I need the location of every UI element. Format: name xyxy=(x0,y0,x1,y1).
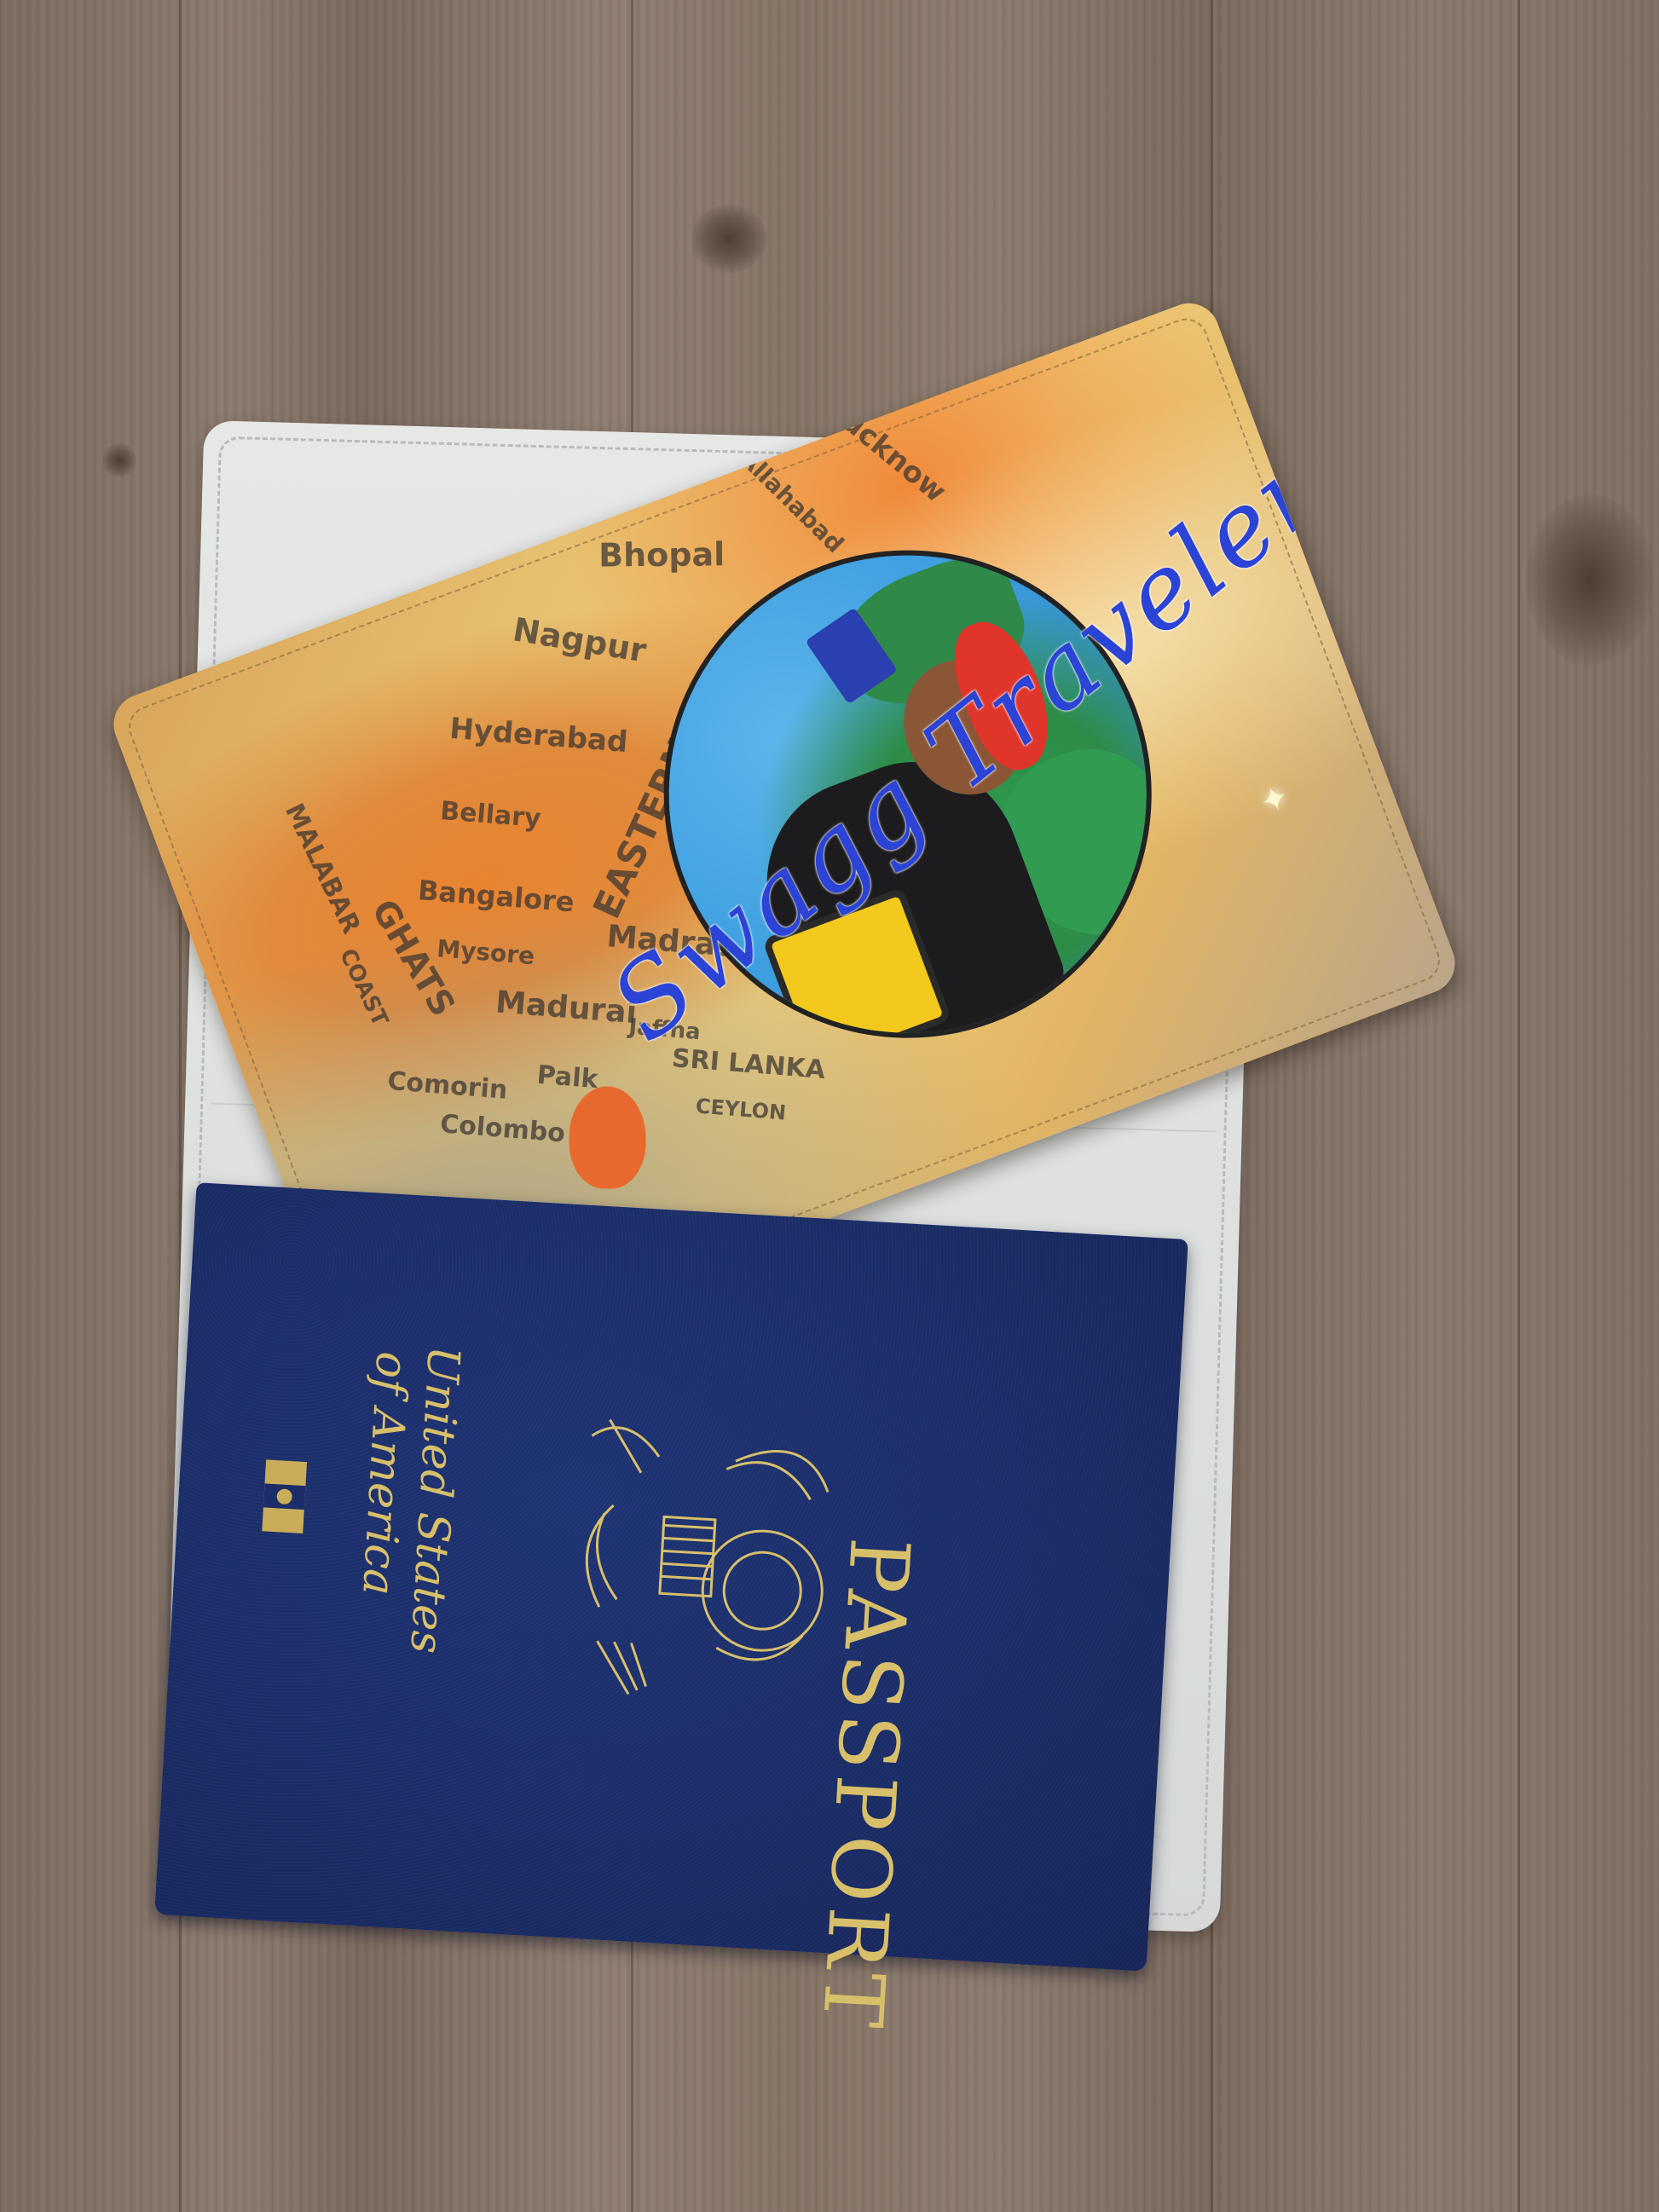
wood-knot xyxy=(691,205,767,273)
wood-knot xyxy=(102,443,136,477)
us-passport: United States of America PASSPORT xyxy=(154,1182,1188,1972)
map-label: Bhopal xyxy=(598,535,725,574)
biometric-chip-icon xyxy=(262,1459,307,1533)
sri-lanka-landmass xyxy=(569,1086,646,1189)
wood-knot xyxy=(1526,494,1654,665)
wood-seam xyxy=(1517,0,1520,2212)
map-label: Palk xyxy=(536,1060,599,1095)
